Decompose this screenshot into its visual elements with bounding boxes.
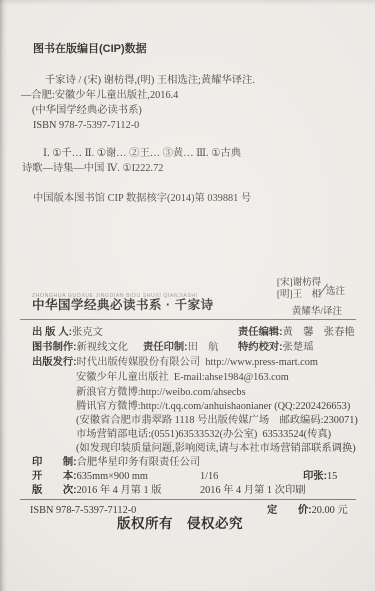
authors-names: [宋]谢枋得 [明]王 相 [277, 278, 321, 301]
edition-value: 2016 年 4 月第 1 版 [77, 485, 162, 496]
book-production-value: 新视线文化 [77, 342, 128, 353]
book-production-label: 图书制作: [32, 342, 77, 353]
author-ming-line: [明]王 相 [277, 290, 321, 302]
printer-value: 合肥华星印务有限责任公司 [77, 457, 201, 468]
book-production-row: 图书制作:新视线文化 [32, 342, 128, 353]
authors-block: [宋]谢枋得 [明]王 相 ∕ 选注 黄耀华/译注 [277, 278, 345, 317]
special-proofreader-value: 张楚瑶 [283, 342, 314, 353]
publisher-person-row: 出 版 人:张克文 [32, 327, 103, 338]
print-supervisor-row: 责任印制:田 航 [143, 342, 219, 353]
author-song-line: [宋]谢枋得 [277, 278, 321, 290]
cip-series-line: (中华国学经典必读书系) [32, 105, 142, 116]
chief-editor-value: 黄 馨 张春艳 [283, 327, 355, 338]
authors-selectors: [宋]谢枋得 [明]王 相 ∕ 选注 [277, 278, 345, 301]
publisher-person-value: 张克文 [72, 327, 103, 338]
chief-editor-row: 责任编辑:黄 馨 张春艳 [238, 327, 355, 338]
chief-editor-label: 责任编辑: [238, 327, 283, 338]
translator-line: 黄耀华/译注 [277, 303, 345, 317]
copyright-notice: 版权所有 侵权必究 [12, 518, 348, 529]
sheets-row: 印张:15 [303, 471, 337, 482]
cip-classification-line-1: Ⅰ. ①千… Ⅱ. ①谢… ②王… ③黄… Ⅲ. ①古典 [43, 148, 241, 159]
printer-row: 印 制:合肥华星印务有限责任公司 [32, 457, 200, 468]
publishing-line-4: (安徽省合肥市翡翠路 1118 号出版传媒广场 邮政编码:230071) [76, 415, 358, 426]
selector-slash-mark: ∕ [322, 281, 325, 298]
publisher-person-label: 出 版 人: [32, 327, 72, 338]
page-top-edge-shadow [0, 0, 375, 5]
series-title: 中华国学经典必读书系 · 千家诗 [32, 300, 214, 311]
special-proofreader-label: 特约校对: [238, 342, 283, 353]
cip-publisher-line: —合肥:安徽少年儿童出版社,2016.4 [21, 90, 178, 101]
printer-label: 印 制: [32, 457, 77, 468]
page-left-edge-shadow [0, 0, 7, 591]
cip-isbn-line: ISBN 978-7-5397-7112-0 [33, 120, 139, 131]
cip-classification-line-2: 诗歌—诗集—中国 Ⅳ. ①I222.72 [22, 163, 163, 174]
sheets-value: 15 [327, 471, 337, 482]
format-value: 635mm×900 mm [77, 471, 148, 482]
publishing-value: 时代出版传媒股份有限公司 http://www.press-mart.com [77, 357, 318, 368]
publishing-row: 出版发行:时代出版传媒股份有限公司 http://www.press-mart.… [32, 357, 318, 368]
print-supervisor-value: 田 航 [188, 342, 219, 353]
format-row: 开 本:635mm×900 mm [32, 471, 148, 482]
price-value: 20.00 元 [312, 505, 348, 516]
header-divider [20, 319, 356, 320]
cip-registry-line: 中国版本图书馆 CIP 数据核字(2014)第 039881 号 [33, 193, 251, 204]
special-proofreader-row: 特约校对:张楚瑶 [238, 342, 314, 353]
edition-row: 版 次:2016 年 4 月第 1 版 [32, 485, 162, 496]
isbn-bottom: ISBN 978-7-5397-7112-0 [30, 505, 136, 516]
cip-heading: 图书在版编目(CIP)数据 [33, 44, 147, 55]
publishing-line-6: (如发现印装质量问题,影响阅读,请与本社市场营销部联系调换) [76, 443, 356, 454]
price-row: 定 价:20.00 元 [267, 505, 348, 516]
book-copyright-page: 图书在版编目(CIP)数据 千家诗 / (宋) 谢枋得,(明) 王相选注;黄耀华… [0, 0, 375, 591]
print-supervisor-label: 责任印制: [143, 342, 188, 353]
edition-label: 版 次: [32, 485, 77, 496]
selector-role-label: 选注 [326, 283, 345, 297]
format-label: 开 本: [32, 471, 77, 482]
publishing-label: 出版发行: [32, 357, 77, 368]
price-label: 定 价: [267, 505, 312, 516]
publishing-line-2: 新浪官方微博:http://weibo.com/ahsecbs [76, 387, 246, 398]
sheets-label: 印张: [303, 471, 327, 482]
publishing-line-3: 腾讯官方微博:http://t.qq.com/anhuishaonianer (… [76, 401, 350, 412]
price-divider [20, 499, 356, 500]
cip-title-line: 千家诗 / (宋) 谢枋得,(明) 王相选注;黄耀华译注. [45, 75, 255, 86]
publishing-line-1: 安徽少年儿童出版社 E-mail:ahse1984@163.com [76, 372, 289, 383]
printing-info: 2016 年 4 月第 1 次印刷 [200, 485, 306, 496]
format-ratio: 1/16 [200, 471, 218, 482]
publishing-line-5: 市场营销部电话:(0551)63533532(办公室) 63533524(传真) [76, 429, 331, 440]
